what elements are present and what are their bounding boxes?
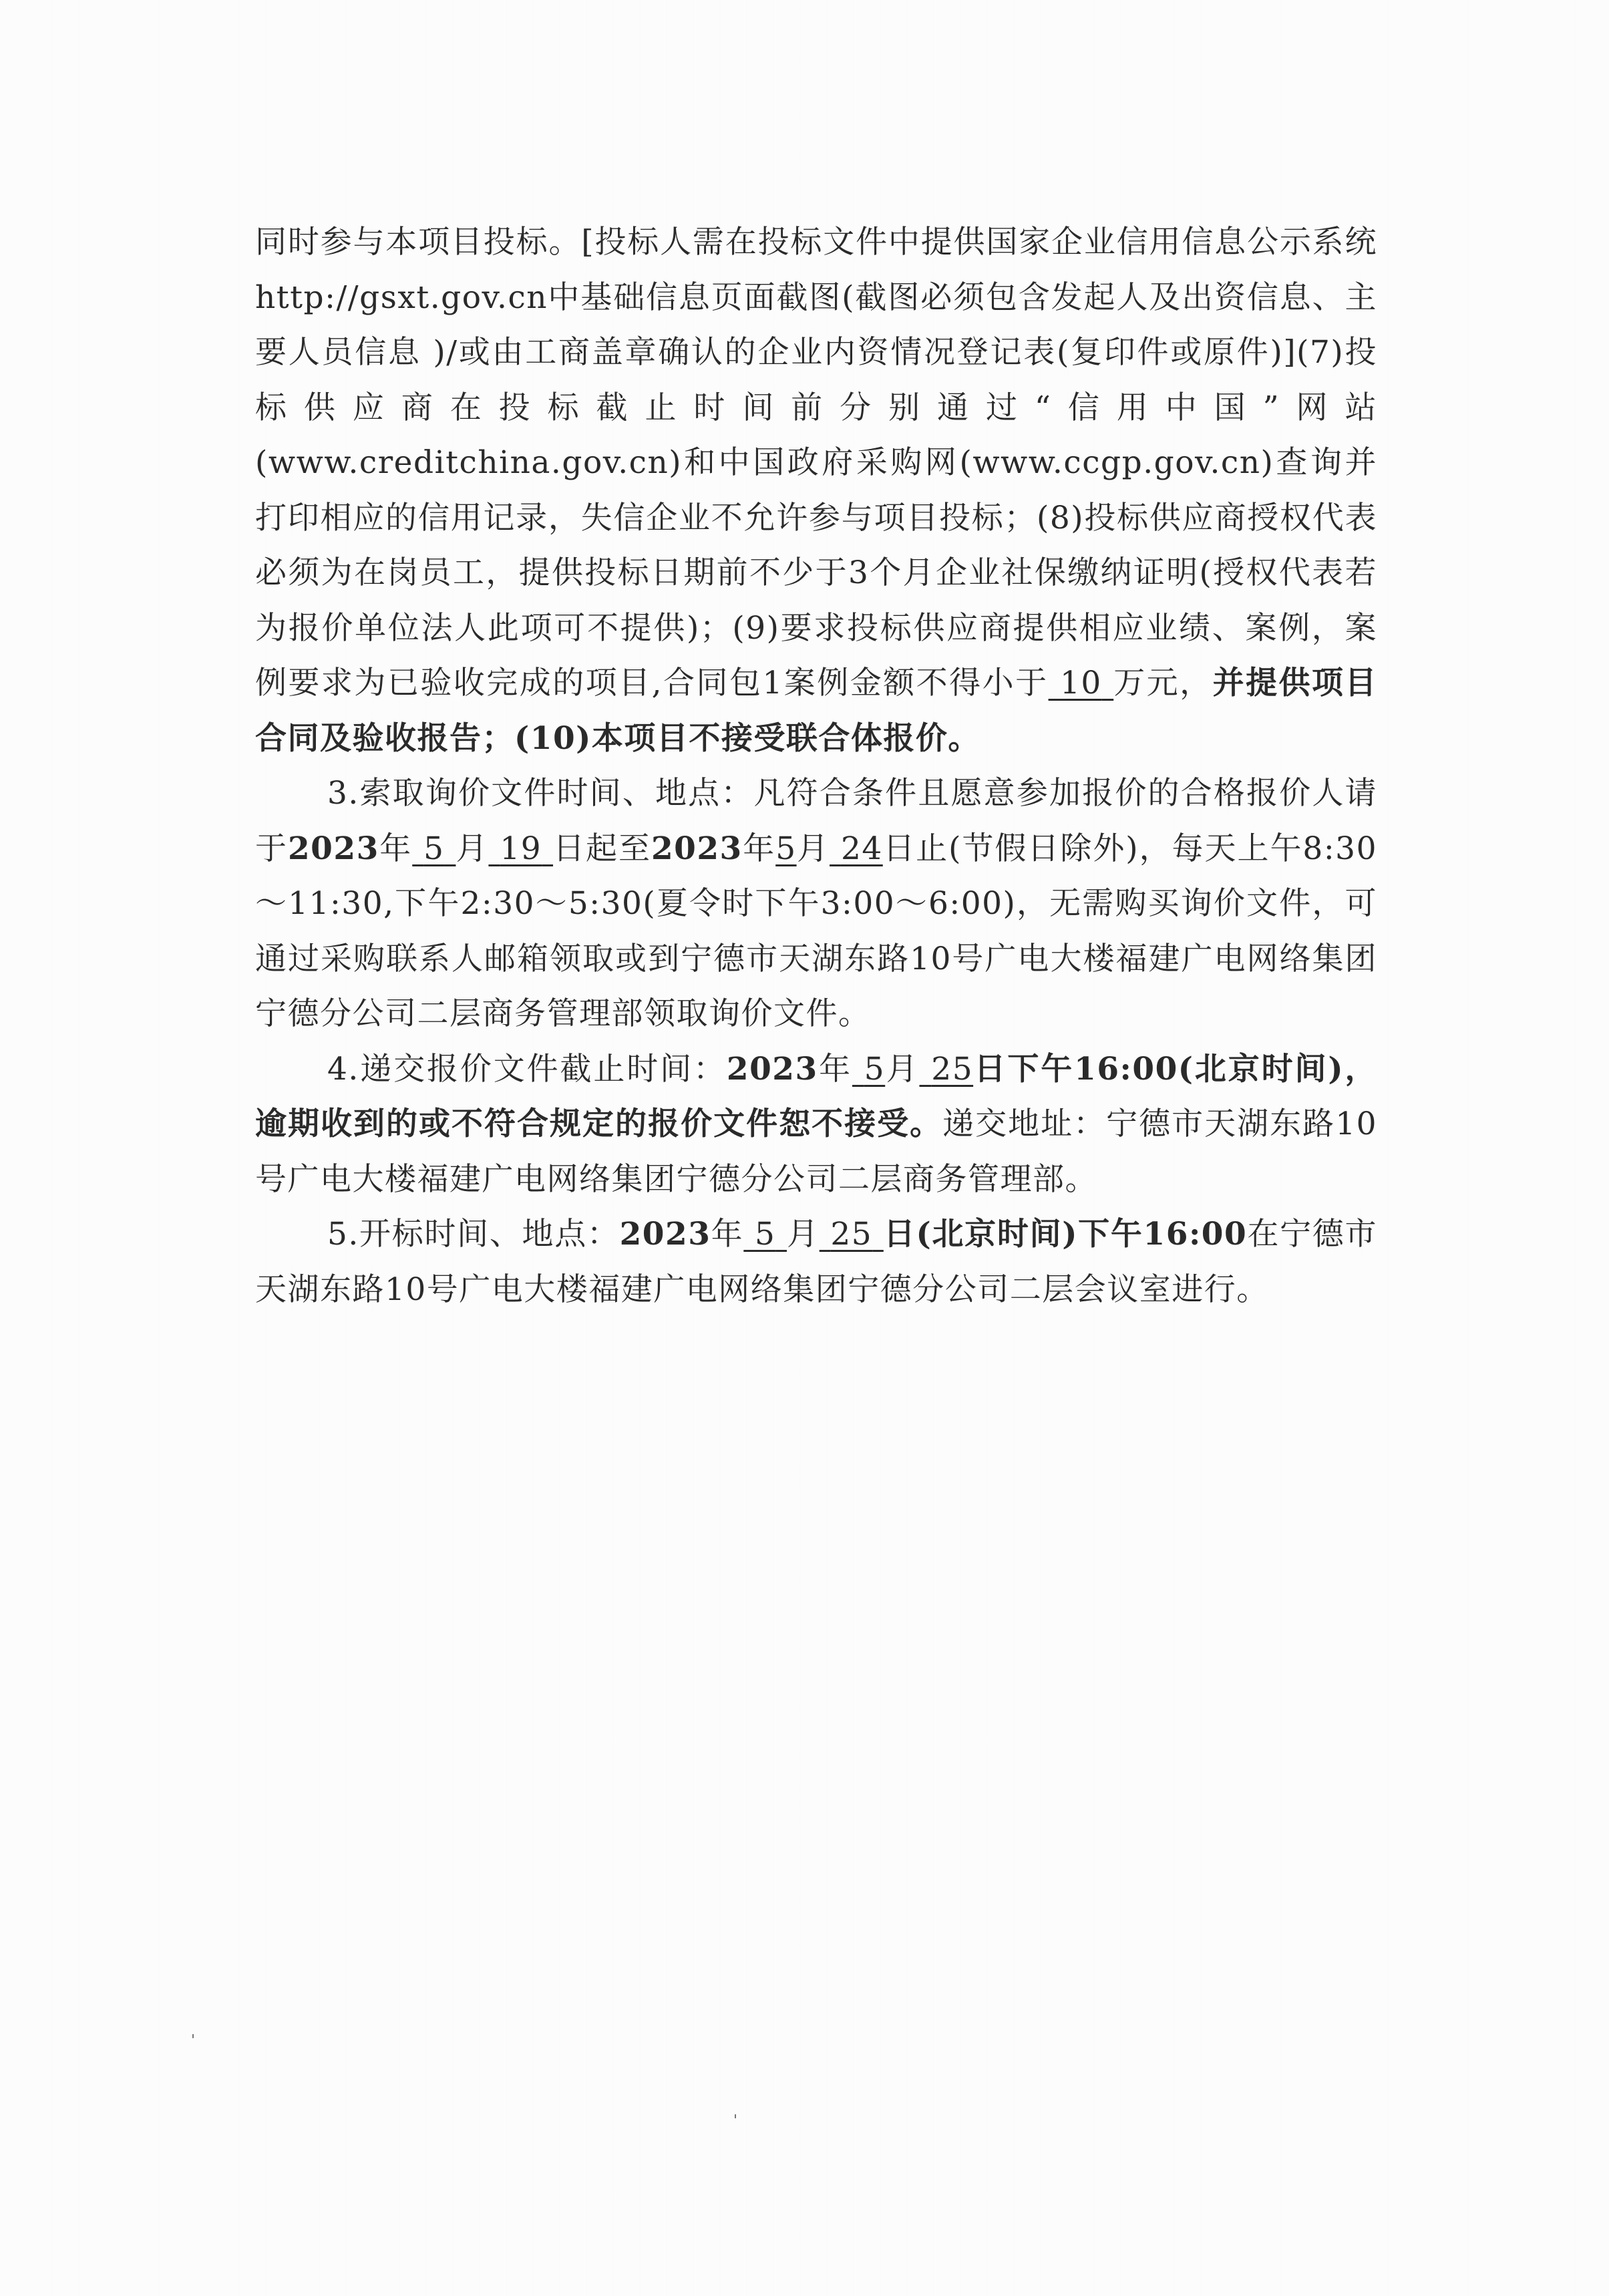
date-end-label: 日止 (883, 830, 948, 867)
year-label: 年 (711, 1216, 743, 1253)
paragraph-section-4: 4.递交报价文件截止时间：2023年 5月 25日下午16:00(北京时间)，逾… (255, 1042, 1377, 1208)
section3-year1: 2023 (288, 830, 379, 867)
amount-unit: 万元， (1113, 665, 1212, 701)
document-body: 同时参与本项目投标。[投标人需在投标文件中提供国家企业信用信息公示系统http:… (255, 215, 1377, 1317)
section4-month: 5 (852, 1051, 885, 1088)
section4-year: 2023 (727, 1051, 818, 1088)
year-label: 年 (743, 830, 775, 867)
scanned-page: 同时参与本项目投标。[投标人需在投标文件中提供国家企业信用信息公示系统http:… (0, 0, 1609, 2296)
year-label: 年 (818, 1051, 852, 1088)
section3-month1: 5 (412, 830, 456, 867)
year-label: 年 (379, 830, 412, 867)
scan-speck (192, 2034, 194, 2038)
month-label: 月 (787, 1216, 820, 1253)
case-amount: 10 (1049, 665, 1114, 701)
paragraph-section-3: 3.索取询价文件时间、地点：凡符合条件且愿意参加报价的合格报价人请于2023年 … (255, 766, 1377, 1042)
section5-time: 日(北京时间)下午16:00 (884, 1216, 1247, 1253)
section3-month2: 5 (775, 830, 796, 867)
paragraph-qualifications-continued: 同时参与本项目投标。[投标人需在投标文件中提供国家企业信用信息公示系统http:… (255, 215, 1377, 766)
paragraph-section-5: 5.开标时间、地点：2023年 5 月 25 日(北京时间)下午16:00在宁德… (255, 1207, 1377, 1317)
month-label: 月 (885, 1051, 919, 1088)
month-label: 月 (797, 830, 830, 867)
section3-day2: 24 (830, 830, 883, 867)
section3-day1: 19 (488, 830, 553, 867)
section5-month: 5 (743, 1216, 787, 1253)
month-label: 月 (456, 830, 488, 867)
section3-year2: 2023 (651, 830, 743, 867)
section5-lead: 5.开标时间、地点： (327, 1216, 620, 1253)
section5-year: 2023 (620, 1216, 711, 1253)
date-range-label: 日起至 (553, 830, 651, 867)
section5-day: 25 (820, 1216, 884, 1253)
scan-speck (735, 2114, 736, 2118)
section4-day: 25 (919, 1051, 973, 1088)
section4-lead: 4.递交报价文件截止时间： (327, 1051, 727, 1088)
qualifications-text: 同时参与本项目投标。[投标人需在投标文件中提供国家企业信用信息公示系统http:… (255, 224, 1377, 701)
